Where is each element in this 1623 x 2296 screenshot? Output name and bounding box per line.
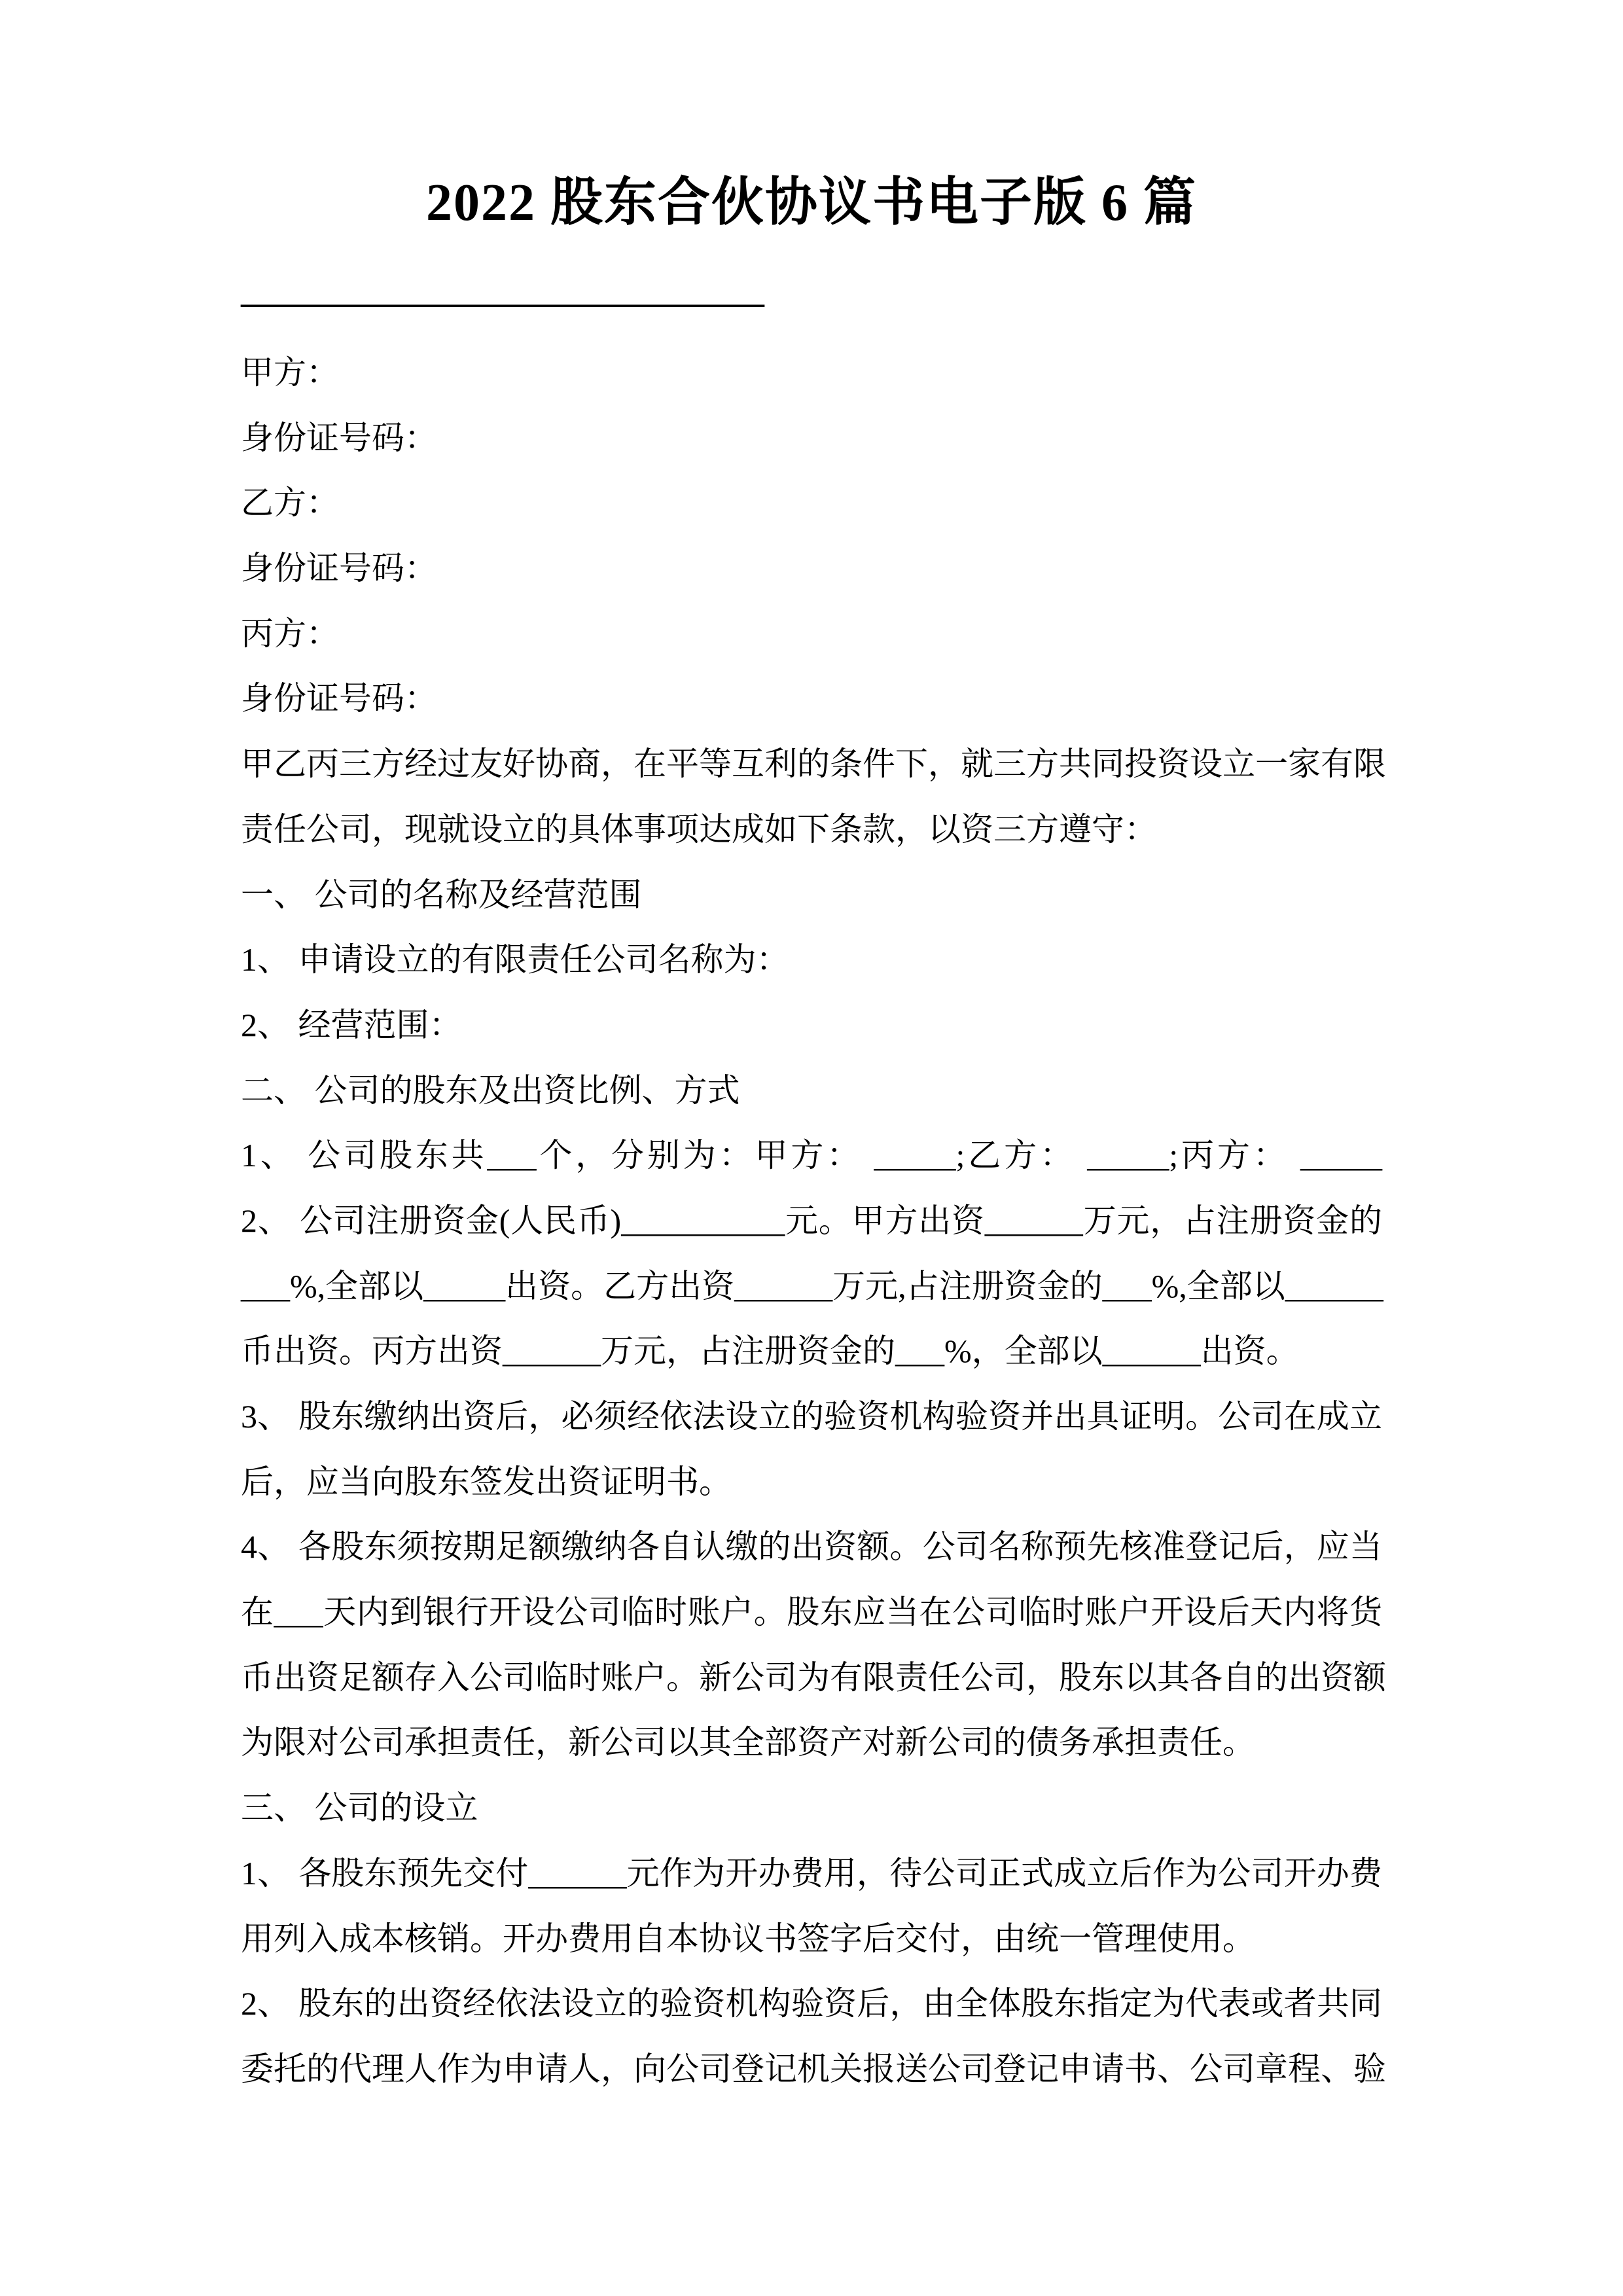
document-line: 3、 股东缴纳出资后，必须经依法设立的验资机构验资并出具证明。公司在成立 bbox=[241, 1384, 1382, 1450]
document-line: 4、 各股东须按期足额缴纳各自认缴的出资额。公司名称预先核准登记后，应当 bbox=[241, 1515, 1382, 1580]
document-section-heading: 二、 公司的股东及出资比例、方式 bbox=[241, 1058, 1382, 1124]
document-body: 甲方： 身份证号码： 乙方： 身份证号码： 丙方： 身份证号码： 甲乙丙三方经过… bbox=[0, 340, 1623, 2102]
document-line: 为限对公司承担责任，新公司以其全部资产对新公司的债务承担责任。 bbox=[241, 1710, 1382, 1776]
document-line: 币出资足额存入公司临时账户。新公司为有限责任公司，股东以其各自的出资额 bbox=[241, 1645, 1382, 1711]
document-page: 2022 股东合伙协议书电子版 6 篇 ———————————————— 甲方：… bbox=[0, 0, 1623, 2296]
document-line: 1、 申请设立的有限责任公司名称为： bbox=[241, 927, 1382, 993]
document-line: 用列入成本核销。开办费用自本协议书签字后交付，由统一管理使用。 bbox=[241, 1907, 1382, 1972]
divider-line: ———————————————— bbox=[0, 270, 1623, 335]
document-line: 1、 公司股东共___个，分别为：甲方： _____;乙方： _____;丙方：… bbox=[241, 1123, 1382, 1189]
document-line: 2、 公司注册资金(人民币)__________元。甲方出资______万元，占… bbox=[241, 1189, 1382, 1254]
document-section-heading: 一、 公司的名称及经营范围 bbox=[241, 863, 1382, 928]
document-line: 乙方： bbox=[241, 471, 1382, 536]
document-line: 在___天内到银行开设公司临时账户。股东应当在公司临时账户开设后天内将货 bbox=[241, 1580, 1382, 1645]
document-line: 丙方： bbox=[241, 601, 1382, 667]
document-line: 责任公司，现就设立的具体事项达成如下条款，以资三方遵守： bbox=[241, 797, 1382, 863]
document-line: 2、 股东的出资经依法设立的验资机构验资后，由全体股东指定为代表或者共同 bbox=[241, 1971, 1382, 2037]
document-title: 2022 股东合伙协议书电子版 6 篇 bbox=[0, 0, 1623, 234]
document-line: 后，应当向股东签发出资证明书。 bbox=[241, 1450, 1382, 1515]
document-line: 委托的代理人作为申请人，向公司登记机关报送公司登记申请书、公司章程、验 bbox=[241, 2037, 1382, 2102]
document-section-heading: 三、 公司的设立 bbox=[241, 1776, 1382, 1841]
document-line: 1、 各股东预先交付______元作为开办费用，待公司正式成立后作为公司开办费 bbox=[241, 1841, 1382, 1907]
document-line: 身份证号码： bbox=[241, 666, 1382, 732]
document-line: 甲方： bbox=[241, 340, 1382, 406]
document-line: ___%,全部以_____出资。乙方出资______万元,占注册资金的___%,… bbox=[241, 1254, 1382, 1319]
document-line: 2、 经营范围： bbox=[241, 993, 1382, 1058]
document-line: 身份证号码： bbox=[241, 406, 1382, 471]
document-line: 甲乙丙三方经过友好协商，在平等互利的条件下，就三方共同投资设立一家有限 bbox=[241, 732, 1382, 797]
document-line: 币出资。丙方出资______万元，占注册资金的___%，全部以______出资。 bbox=[241, 1319, 1382, 1384]
document-line: 身份证号码： bbox=[241, 536, 1382, 601]
